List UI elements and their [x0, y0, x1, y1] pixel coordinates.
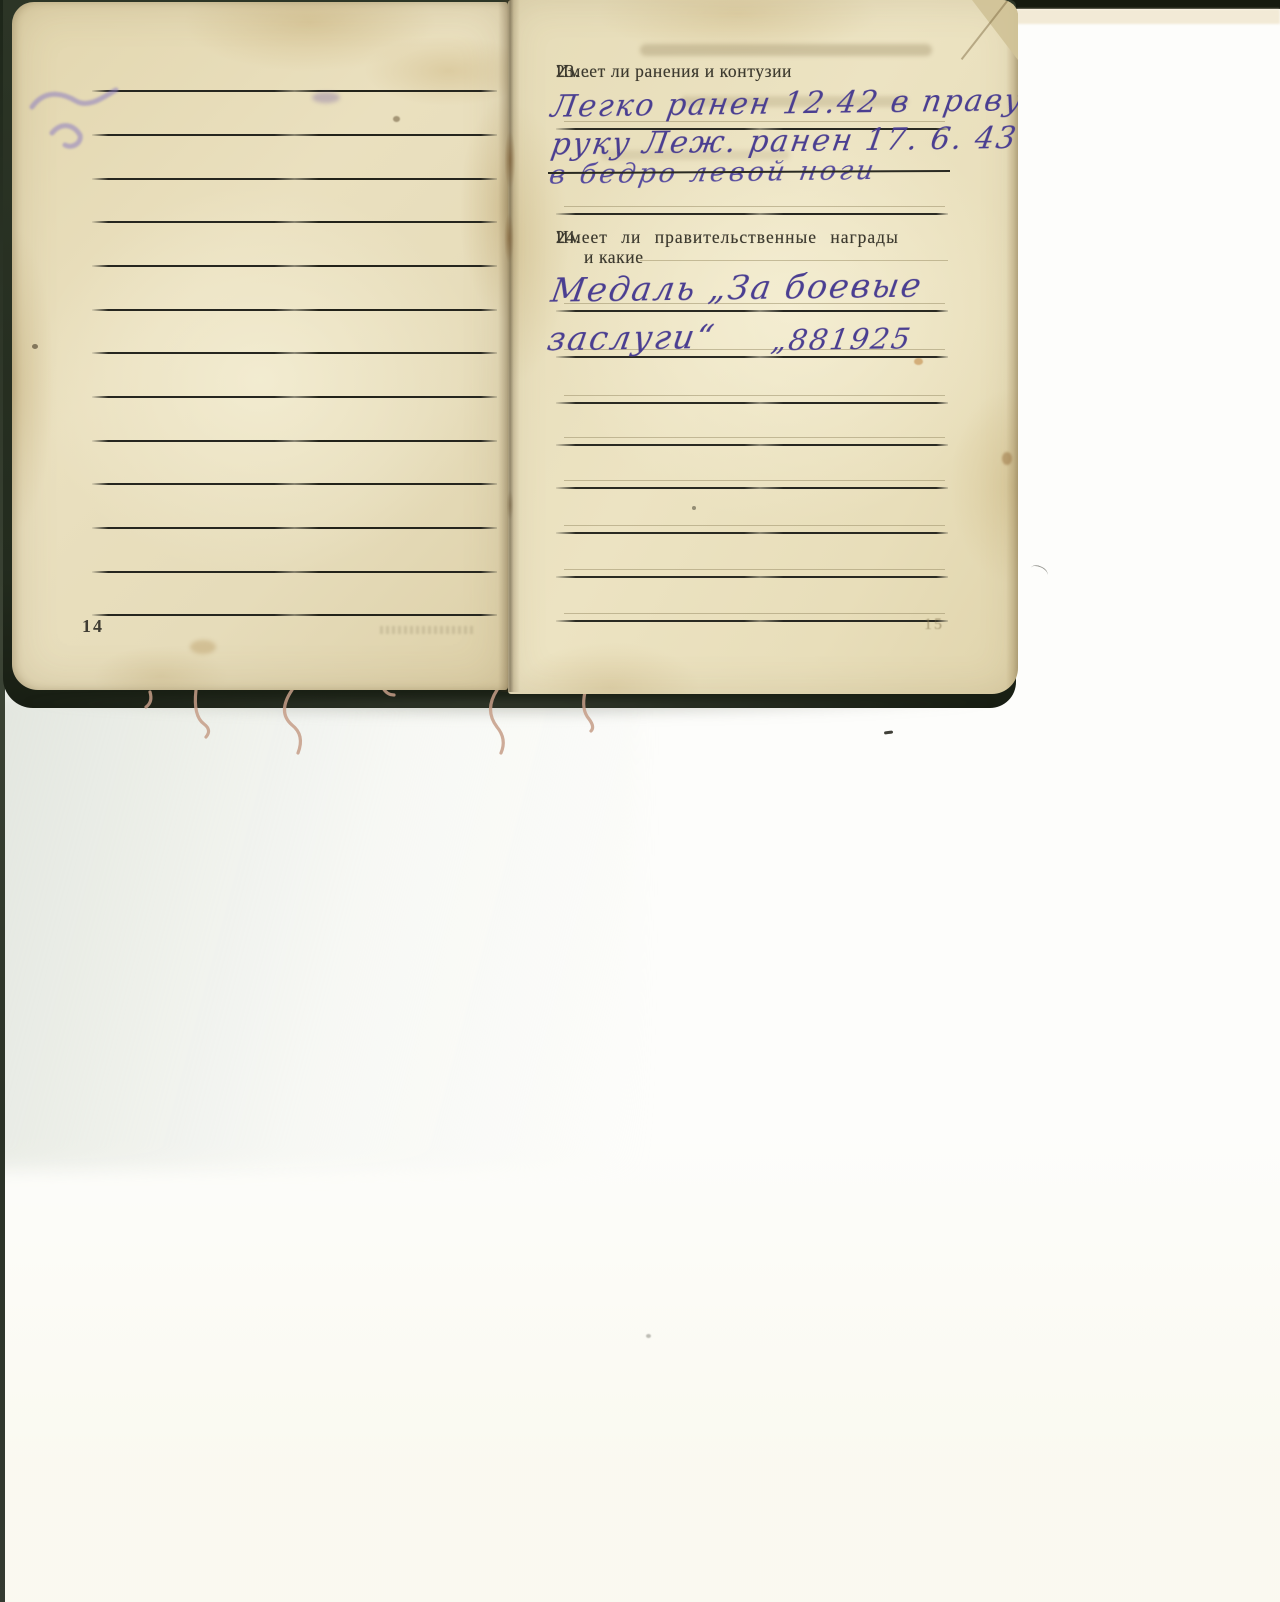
print-bleed-ghost — [640, 44, 932, 56]
ruled-line — [92, 483, 497, 485]
stain-fleck — [393, 116, 400, 122]
ruled-line — [92, 134, 497, 136]
handwritten-answer-awards-2: заслуги“ — [545, 317, 719, 358]
ruled-line — [92, 571, 497, 573]
faded-print-remnant — [380, 626, 475, 634]
leader-dots: . . . — [556, 61, 593, 82]
ruled-line — [556, 532, 948, 534]
ruled-line — [92, 352, 497, 354]
debris-hair — [1029, 563, 1050, 580]
ruled-line — [92, 614, 497, 616]
stain-fleck — [190, 640, 216, 654]
stain-fleck — [1002, 452, 1012, 465]
question-24-label-line2: и какие — [584, 247, 644, 268]
ruled-line — [92, 396, 497, 398]
left-page-number: 14 — [82, 616, 104, 637]
right-page-number: 15 — [924, 616, 944, 634]
faint-ruled-line — [640, 260, 948, 261]
dog-ear-corner — [972, 0, 1018, 60]
scanned-booklet-spread: 14 23. Имеет ли ранения и контузии . . .… — [0, 0, 1280, 1602]
binding-gutter-crease — [498, 0, 520, 692]
ruled-line — [556, 310, 948, 312]
left-page: 14 — [12, 2, 508, 690]
ruled-line — [556, 576, 948, 578]
ruled-line — [92, 90, 497, 92]
handwritten-answer-awards-1: Медаль „За боевые — [548, 265, 926, 309]
ruled-line — [556, 213, 948, 215]
stain-fleck — [914, 358, 923, 365]
ruled-line — [92, 221, 497, 223]
ruled-line — [92, 527, 497, 529]
binding-threads — [0, 684, 1060, 804]
ink-bleed-smudge — [20, 75, 140, 170]
ruled-line — [92, 265, 497, 267]
ruled-line — [556, 402, 948, 404]
handwritten-medal-number: „881925 — [769, 321, 915, 357]
debris-speck — [646, 1334, 651, 1338]
handwritten-answer-wounds-1: Легко ранен 12.42 в правую — [549, 83, 1018, 125]
scanner-bed-shading-bottom — [0, 1130, 1280, 1602]
cover-edge-top-right — [996, 0, 1280, 9]
ruled-line — [556, 444, 948, 446]
stain-fleck — [32, 344, 38, 349]
ruled-line — [92, 440, 497, 442]
ruled-line — [92, 178, 497, 180]
right-page: 23. Имеет ли ранения и контузии . . . Ле… — [508, 0, 1018, 694]
ruled-line — [92, 309, 497, 311]
ink-smudge — [312, 92, 340, 103]
stain-fleck — [692, 506, 696, 510]
question-24-text: Имеет ли правительственные награды — [556, 227, 899, 248]
ruled-line — [556, 620, 948, 622]
paper-edge-band-top-right — [1016, 9, 1280, 24]
ruled-line — [556, 487, 948, 489]
